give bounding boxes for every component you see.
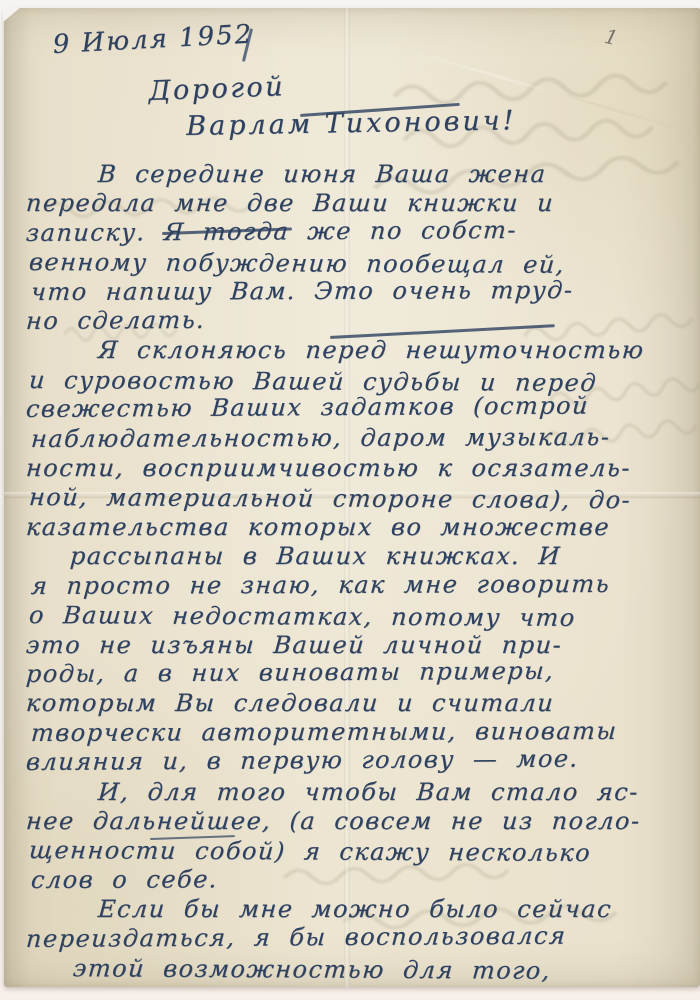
letter-line: передала мне две Ваши книжки и — [25, 189, 687, 218]
letter-line: этой возможностью для того, — [28, 954, 690, 987]
letter-line: но сделать. — [25, 303, 687, 336]
letter-body: В середине июня Ваша жена передала мне д… — [26, 160, 686, 983]
letter-line: творчески авторитетными, виноваты — [30, 716, 692, 748]
letter-line: нее дальнейшее, (а совсем не из погло- — [25, 807, 687, 836]
letter-date: 9 Июля 1952 — [52, 20, 254, 60]
letter-line: И, для того чтобы Вам стало яс- — [25, 778, 687, 807]
letter-line: свежестью Ваших задатков (острой — [25, 391, 687, 424]
letter-line: ности, восприимчивостью к осязатель- — [25, 454, 687, 483]
page-number: 1 — [602, 24, 620, 50]
paper-tear — [3, 7, 21, 22]
letter-line: о Ваших недостатках, потому что — [28, 601, 690, 634]
letter-line: рассыпаны в Ваших книжках. И — [25, 542, 687, 571]
letter-page: 1 9 Июля 1952 Дорогой Варлам Тихонович! … — [4, 8, 700, 987]
letter-line: влияния и, в первую голову — мое. — [25, 744, 687, 777]
letter-line: Если бы мне можно было сейчас — [25, 895, 687, 924]
letter-line: слов о себе. — [30, 863, 692, 895]
letter-line: это не изъяны Вашей личной при- — [25, 631, 687, 660]
letter-line: переиздаться, я бы воспользовался — [25, 921, 687, 954]
letter-line: я просто не знаю, как мне говорить — [30, 569, 692, 601]
letter-line: наблюдательностью, даром музыкаль- — [30, 422, 692, 454]
letter-line: которым Вы следовали и считали — [25, 689, 687, 718]
letter-line: казательства которых во множестве — [25, 513, 687, 542]
letter-line: ной, материальной стороне слова), до- — [28, 483, 690, 516]
salutation-line-1: Дорогой — [148, 71, 286, 107]
letter-line: В середине июня Ваша жена — [25, 160, 687, 189]
letter-line: записку. Я тогда же по собст- — [25, 215, 687, 248]
scan-background: 1 9 Июля 1952 Дорогой Варлам Тихонович! … — [0, 0, 700, 1000]
letter-line: что напишу Вам. Это очень труд- — [30, 275, 692, 307]
letter-line: Я склоняюсь перед нешуточностью — [25, 336, 687, 365]
letter-line: роды, а в них виноваты примеры, — [25, 656, 687, 689]
